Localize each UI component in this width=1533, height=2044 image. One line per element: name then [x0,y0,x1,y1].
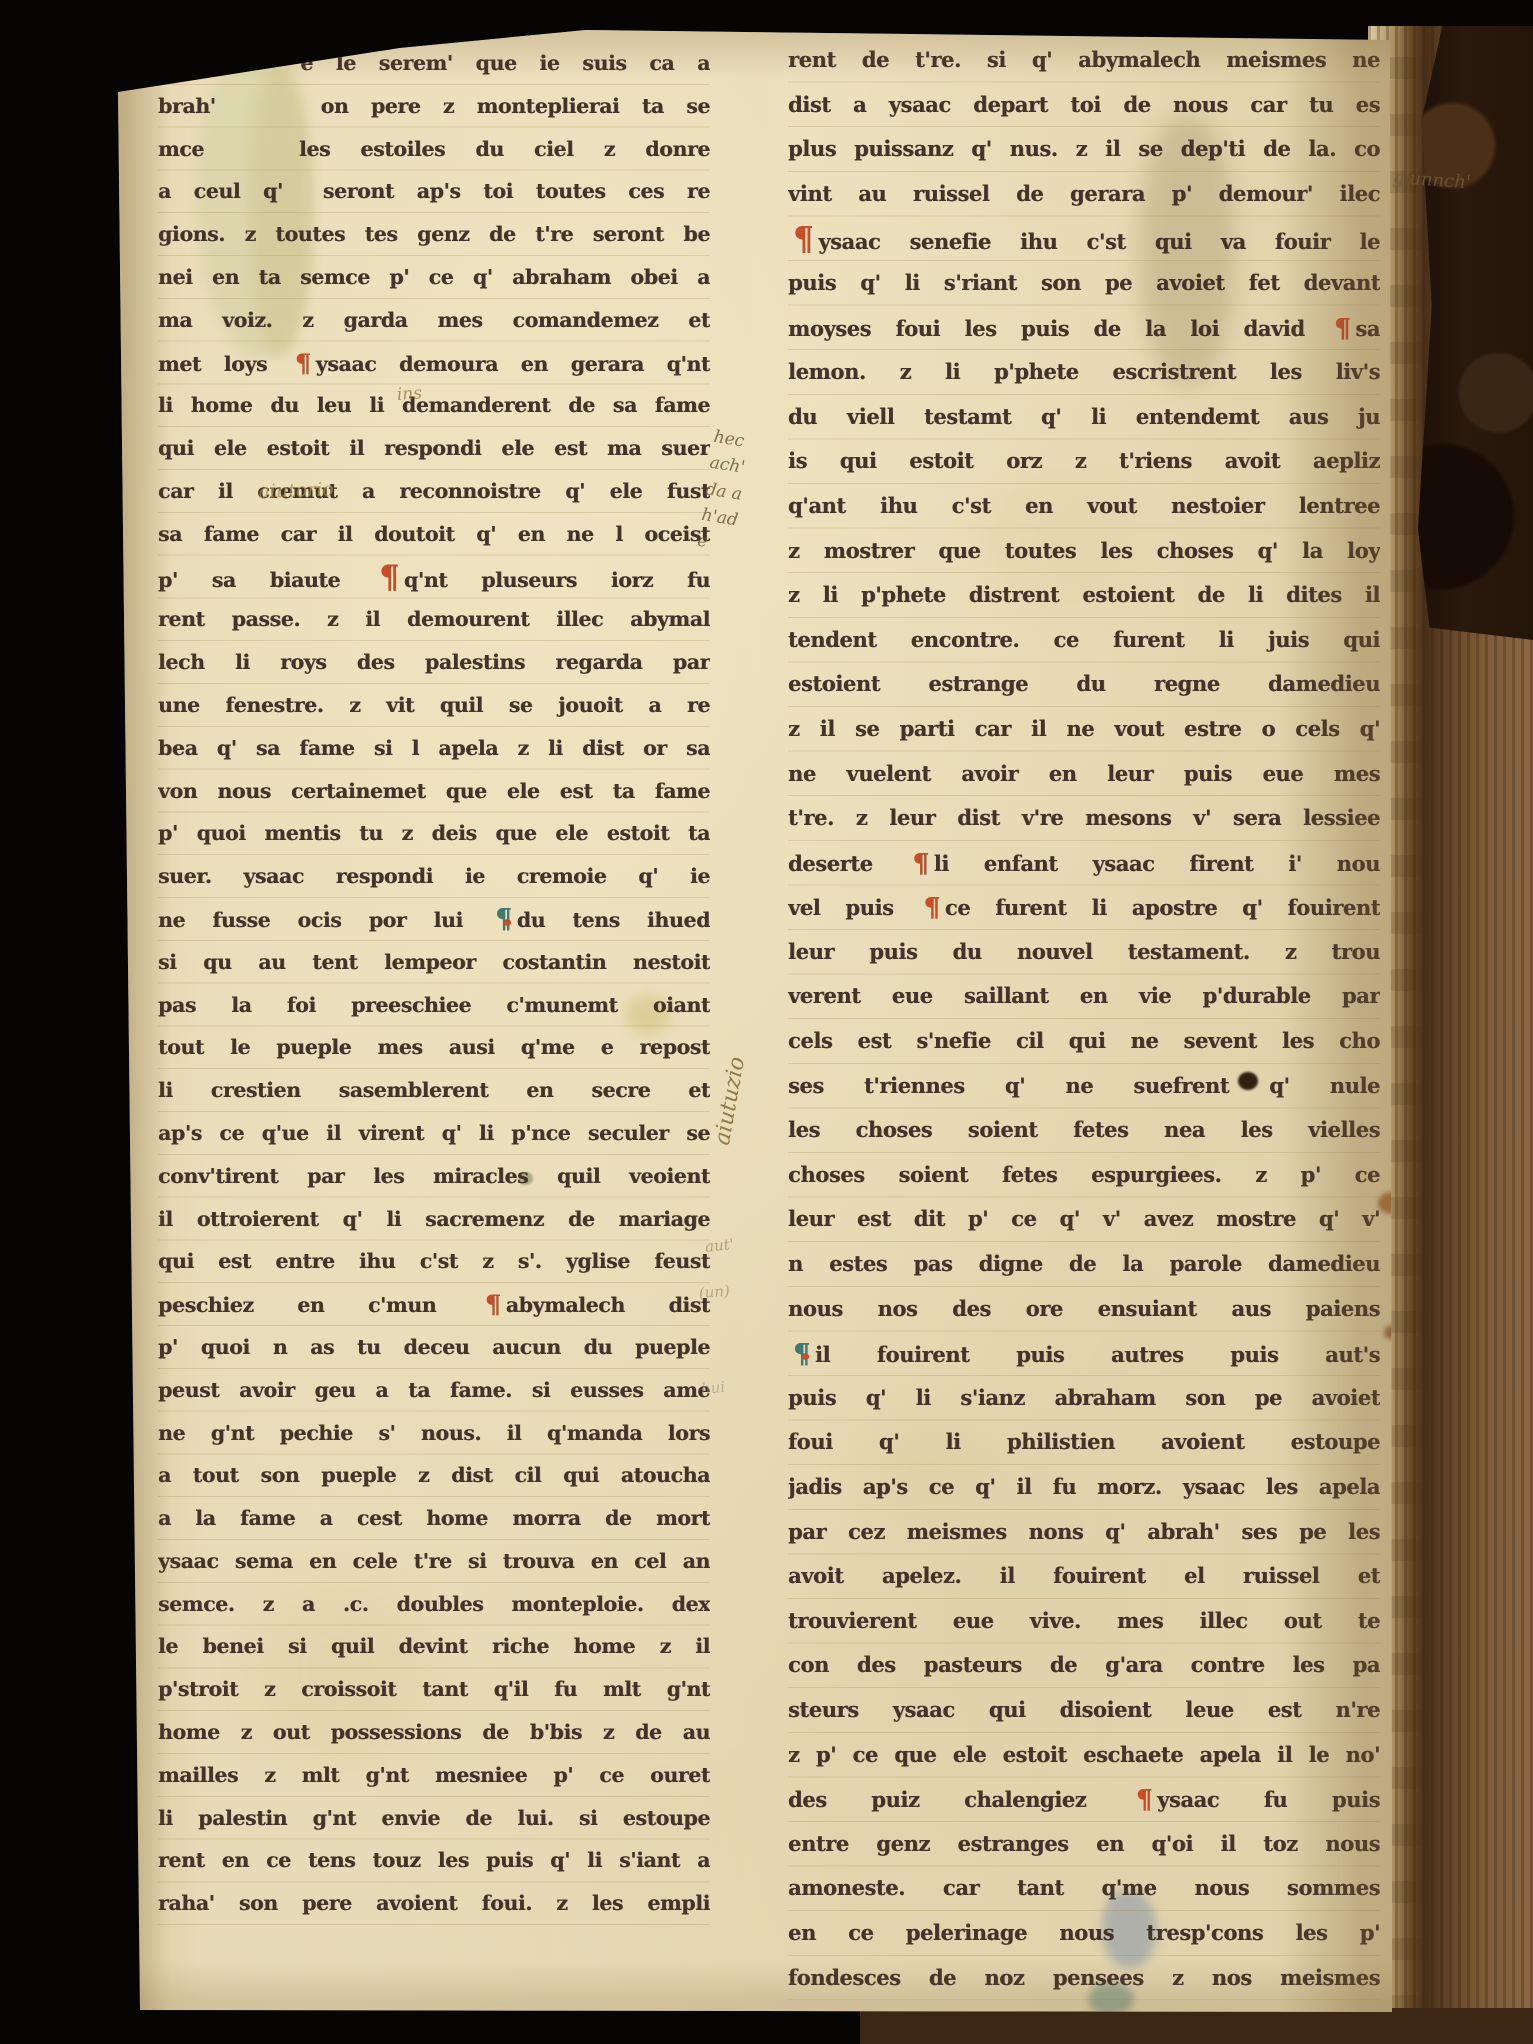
right-margin-note: g'unnch' [1392,164,1472,197]
interlinear-gloss-aiutorio: aiutorio [258,475,334,507]
gutter-mark-hui: hui [700,1376,726,1401]
interlinear-gloss-ins: ins [396,380,423,408]
gutter-mark-un: (un) [698,1280,731,1305]
binding-leather [1418,22,1533,640]
book-bottom-edge [860,2008,1533,2044]
gutter-mark-aut: aut' [704,1233,735,1259]
background-top-strip [0,0,1533,26]
manuscript-page: z acoe le serem' que ie suis ca abrah'on… [100,20,1400,2020]
page-edge-shading [100,20,1400,2020]
manuscript-photograph: z acoe le serem' que ie suis ca abrah'on… [0,0,1533,2044]
